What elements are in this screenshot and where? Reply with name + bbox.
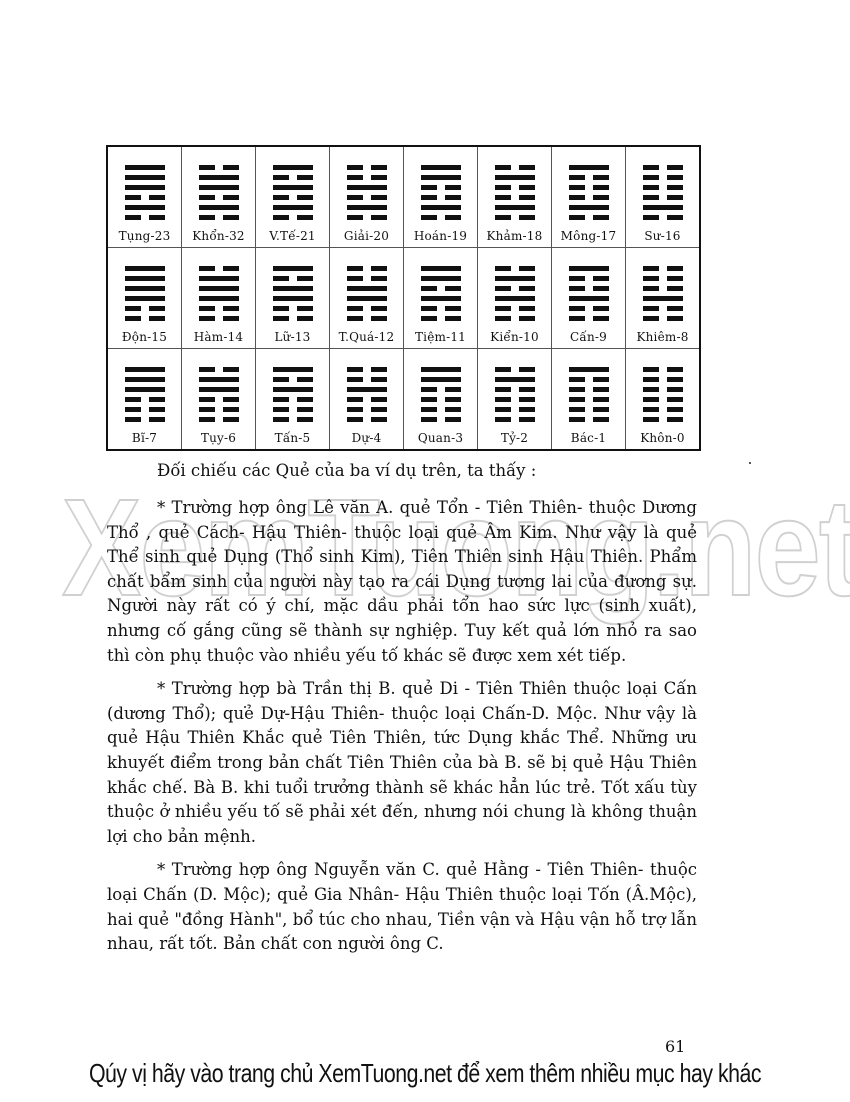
speck xyxy=(244,706,246,708)
broken-line-icon xyxy=(643,397,683,402)
broken-line-icon xyxy=(421,417,461,422)
book-page: XemTuong.net Tụng-23Khổn-32V.Tế-21Giải-2… xyxy=(0,0,850,1102)
broken-line-icon xyxy=(643,195,683,200)
hexagram-cell-inner: Tỷ-2 xyxy=(478,349,551,449)
broken-line-icon xyxy=(643,306,683,311)
solid-line-icon xyxy=(125,205,165,210)
solid-line-icon xyxy=(199,175,239,180)
hexagram-label: Quan-3 xyxy=(404,431,477,445)
hexagram-cell-inner: Sư-16 xyxy=(626,147,699,247)
broken-line-icon xyxy=(125,306,165,311)
hexagram-cell-inner: Tiệm-11 xyxy=(404,248,477,348)
broken-line-icon xyxy=(347,417,387,422)
hexagram-label: Hoán-19 xyxy=(404,229,477,243)
broken-line-icon xyxy=(495,165,535,170)
hexagram-cell: Lữ-13 xyxy=(256,248,330,349)
hexagram-icon xyxy=(125,367,165,422)
hexagram-icon xyxy=(569,266,609,321)
broken-line-icon xyxy=(569,417,609,422)
broken-line-icon xyxy=(495,306,535,311)
solid-line-icon xyxy=(273,185,313,190)
solid-line-icon xyxy=(495,205,535,210)
broken-line-icon xyxy=(347,397,387,402)
hexagram-icon xyxy=(643,266,683,321)
broken-line-icon xyxy=(273,306,313,311)
hexagram-cell-inner: Khảm-18 xyxy=(478,147,551,247)
hexagram-cell-inner: Hoán-19 xyxy=(404,147,477,247)
broken-line-icon xyxy=(495,397,535,402)
solid-line-icon xyxy=(125,367,165,372)
hexagram-cell-inner: Mông-17 xyxy=(552,147,625,247)
broken-line-icon xyxy=(199,195,239,200)
hexagram-cell: Độn-15 xyxy=(107,248,182,349)
solid-line-icon xyxy=(421,377,461,382)
broken-line-icon xyxy=(199,397,239,402)
solid-line-icon xyxy=(273,286,313,291)
broken-line-icon xyxy=(643,215,683,220)
broken-line-icon xyxy=(199,316,239,321)
broken-line-icon xyxy=(347,215,387,220)
solid-line-icon xyxy=(273,266,313,271)
hexagram-cell-inner: Bác-1 xyxy=(552,349,625,449)
broken-line-icon xyxy=(273,316,313,321)
broken-line-icon xyxy=(643,276,683,281)
hexagram-label: Khôn-0 xyxy=(626,431,699,445)
hexagram-label: T.Quá-12 xyxy=(330,330,403,344)
solid-line-icon xyxy=(643,296,683,301)
solid-line-icon xyxy=(125,377,165,382)
broken-line-icon xyxy=(421,195,461,200)
hexagram-row: Độn-15Hàm-14Lữ-13T.Quá-12Tiệm-11Kiển-10C… xyxy=(107,248,700,349)
broken-line-icon xyxy=(495,195,535,200)
broken-line-icon xyxy=(347,165,387,170)
hexagram-icon xyxy=(125,165,165,220)
broken-line-icon xyxy=(273,195,313,200)
solid-line-icon xyxy=(421,367,461,372)
hexagram-label: Lữ-13 xyxy=(256,330,329,344)
broken-line-icon xyxy=(347,367,387,372)
hexagram-cell: Mông-17 xyxy=(552,146,626,248)
broken-line-icon xyxy=(347,276,387,281)
speck xyxy=(749,462,751,464)
hexagram-label: Tụy-6 xyxy=(182,431,255,445)
hexagram-cell-inner: Khiêm-8 xyxy=(626,248,699,348)
solid-line-icon xyxy=(421,165,461,170)
broken-line-icon xyxy=(643,316,683,321)
broken-line-icon xyxy=(273,377,313,382)
hexagram-icon xyxy=(347,367,387,422)
hexagram-cell: Tụng-23 xyxy=(107,146,182,248)
broken-line-icon xyxy=(347,316,387,321)
broken-line-icon xyxy=(199,165,239,170)
broken-line-icon xyxy=(125,215,165,220)
intro-sentence: Đối chiếu các Quẻ của ba ví dụ trên, ta … xyxy=(157,461,536,480)
broken-line-icon xyxy=(347,175,387,180)
hexagram-cell-inner: Lữ-13 xyxy=(256,248,329,348)
hexagram-icon xyxy=(421,367,461,422)
hexagram-cell: Tấn-5 xyxy=(256,349,330,451)
broken-line-icon xyxy=(347,407,387,412)
broken-line-icon xyxy=(569,215,609,220)
broken-line-icon xyxy=(495,215,535,220)
hexagram-label: Sư-16 xyxy=(626,229,699,243)
hexagram-label: V.Tế-21 xyxy=(256,229,329,243)
hexagram-cell: Bác-1 xyxy=(552,349,626,451)
hexagram-icon xyxy=(125,266,165,321)
broken-line-icon xyxy=(421,316,461,321)
hexagram-cell-inner: V.Tế-21 xyxy=(256,147,329,247)
solid-line-icon xyxy=(125,165,165,170)
broken-line-icon xyxy=(421,215,461,220)
hexagram-cell: Khôn-0 xyxy=(626,349,701,451)
hexagram-icon xyxy=(569,165,609,220)
solid-line-icon xyxy=(421,175,461,180)
hexagram-icon xyxy=(495,266,535,321)
broken-line-icon xyxy=(643,266,683,271)
solid-line-icon xyxy=(569,367,609,372)
solid-line-icon xyxy=(199,205,239,210)
broken-line-icon xyxy=(495,266,535,271)
hexagram-icon xyxy=(273,266,313,321)
hexagram-cell-inner: Khổn-32 xyxy=(182,147,255,247)
hexagram-icon xyxy=(273,165,313,220)
paragraph-case-a: * Trường hợp ông Lê văn A. quẻ Tổn - Tiê… xyxy=(107,496,697,668)
solid-line-icon xyxy=(125,387,165,392)
solid-line-icon xyxy=(347,205,387,210)
solid-line-icon xyxy=(495,276,535,281)
broken-line-icon xyxy=(569,175,609,180)
broken-line-icon xyxy=(569,407,609,412)
broken-line-icon xyxy=(643,175,683,180)
footer-link-note[interactable]: Qúy vị hãy vào trang chủ XemTuong.net để… xyxy=(77,1058,774,1089)
solid-line-icon xyxy=(495,175,535,180)
hexagram-icon xyxy=(495,165,535,220)
broken-line-icon xyxy=(421,286,461,291)
hexagram-icon xyxy=(643,367,683,422)
hexagram-label: Kiển-10 xyxy=(478,330,551,344)
hexagram-label: Khiêm-8 xyxy=(626,330,699,344)
broken-line-icon xyxy=(421,306,461,311)
broken-line-icon xyxy=(199,306,239,311)
broken-line-icon xyxy=(643,185,683,190)
broken-line-icon xyxy=(495,367,535,372)
hexagram-cell-inner: Tấn-5 xyxy=(256,349,329,449)
hexagram-icon xyxy=(421,165,461,220)
hexagram-icon xyxy=(199,165,239,220)
broken-line-icon xyxy=(421,397,461,402)
hexagram-icon xyxy=(495,367,535,422)
solid-line-icon xyxy=(125,185,165,190)
solid-line-icon xyxy=(125,276,165,281)
hexagram-cell-inner: Khôn-0 xyxy=(626,349,699,449)
hexagram-cell-inner: Bĩ-7 xyxy=(108,349,181,449)
solid-line-icon xyxy=(199,296,239,301)
hexagram-cell: Hoán-19 xyxy=(404,146,478,248)
broken-line-icon xyxy=(495,417,535,422)
broken-line-icon xyxy=(643,165,683,170)
hexagram-label: Độn-15 xyxy=(108,330,181,344)
hexagram-label: Cấn-9 xyxy=(552,330,625,344)
broken-line-icon xyxy=(495,316,535,321)
page-number: 61 xyxy=(665,1037,685,1056)
hexagram-label: Mông-17 xyxy=(552,229,625,243)
hexagram-label: Khảm-18 xyxy=(478,229,551,243)
hexagram-label: Khổn-32 xyxy=(182,229,255,243)
solid-line-icon xyxy=(569,205,609,210)
hexagram-row: Tụng-23Khổn-32V.Tế-21Giải-20Hoán-19Khảm-… xyxy=(107,146,700,248)
hexagram-cell-inner: Dự-4 xyxy=(330,349,403,449)
hexagram-row: Bĩ-7Tụy-6Tấn-5Dự-4Quan-3Tỷ-2Bác-1Khôn-0 xyxy=(107,349,700,451)
broken-line-icon xyxy=(643,377,683,382)
broken-line-icon xyxy=(569,195,609,200)
broken-line-icon xyxy=(495,387,535,392)
solid-line-icon xyxy=(347,185,387,190)
hexagram-label: Hàm-14 xyxy=(182,330,255,344)
hexagram-cell: Bĩ-7 xyxy=(107,349,182,451)
hexagram-cell-inner: Cấn-9 xyxy=(552,248,625,348)
hexagram-icon xyxy=(347,266,387,321)
broken-line-icon xyxy=(643,286,683,291)
hexagram-label: Tiệm-11 xyxy=(404,330,477,344)
solid-line-icon xyxy=(273,296,313,301)
solid-line-icon xyxy=(347,387,387,392)
solid-line-icon xyxy=(199,185,239,190)
hexagram-cell: Tiệm-11 xyxy=(404,248,478,349)
broken-line-icon xyxy=(643,407,683,412)
body-text: * Trường hợp ông Lê văn A. quẻ Tổn - Tiê… xyxy=(107,496,697,966)
broken-line-icon xyxy=(273,407,313,412)
hexagram-cell-inner: Tụng-23 xyxy=(108,147,181,247)
hexagram-label: Tỷ-2 xyxy=(478,431,551,445)
broken-line-icon xyxy=(569,377,609,382)
solid-line-icon xyxy=(125,175,165,180)
hexagram-label: Dự-4 xyxy=(330,431,403,445)
broken-line-icon xyxy=(199,367,239,372)
hexagram-icon xyxy=(643,165,683,220)
broken-line-icon xyxy=(273,397,313,402)
hexagram-label: Giải-20 xyxy=(330,229,403,243)
solid-line-icon xyxy=(125,296,165,301)
hexagram-label: Tụng-23 xyxy=(108,229,181,243)
broken-line-icon xyxy=(569,387,609,392)
broken-line-icon xyxy=(125,195,165,200)
solid-line-icon xyxy=(273,387,313,392)
hexagram-cell: Cấn-9 xyxy=(552,248,626,349)
hexagram-cell: Khiêm-8 xyxy=(626,248,701,349)
hexagram-cell: T.Quá-12 xyxy=(330,248,404,349)
hexagram-cell-inner: Quan-3 xyxy=(404,349,477,449)
broken-line-icon xyxy=(125,407,165,412)
broken-line-icon xyxy=(421,185,461,190)
hexagram-label: Bác-1 xyxy=(552,431,625,445)
hexagram-icon xyxy=(273,367,313,422)
hexagram-icon xyxy=(199,266,239,321)
hexagram-cell: Quan-3 xyxy=(404,349,478,451)
hexagram-cell-inner: Tụy-6 xyxy=(182,349,255,449)
hexagram-icon xyxy=(421,266,461,321)
solid-line-icon xyxy=(347,286,387,291)
hexagram-cell: V.Tế-21 xyxy=(256,146,330,248)
solid-line-icon xyxy=(495,296,535,301)
hexagram-cell: Khổn-32 xyxy=(182,146,256,248)
broken-line-icon xyxy=(273,215,313,220)
hexagram-cell-inner: Độn-15 xyxy=(108,248,181,348)
broken-line-icon xyxy=(569,185,609,190)
solid-line-icon xyxy=(125,266,165,271)
hexagram-cell: Tỷ-2 xyxy=(478,349,552,451)
hexagram-cell: Sư-16 xyxy=(626,146,701,248)
hexagram-icon xyxy=(569,367,609,422)
hexagram-cell: Dự-4 xyxy=(330,349,404,451)
solid-line-icon xyxy=(199,286,239,291)
broken-line-icon xyxy=(273,175,313,180)
broken-line-icon xyxy=(347,306,387,311)
hexagram-icon xyxy=(347,165,387,220)
hexagram-cell: Hàm-14 xyxy=(182,248,256,349)
broken-line-icon xyxy=(199,266,239,271)
broken-line-icon xyxy=(643,387,683,392)
hexagram-cell: Khảm-18 xyxy=(478,146,552,248)
broken-line-icon xyxy=(569,276,609,281)
hexagram-cell-inner: Kiển-10 xyxy=(478,248,551,348)
solid-line-icon xyxy=(421,276,461,281)
solid-line-icon xyxy=(199,377,239,382)
broken-line-icon xyxy=(569,397,609,402)
broken-line-icon xyxy=(421,387,461,392)
solid-line-icon xyxy=(347,296,387,301)
solid-line-icon xyxy=(495,377,535,382)
solid-line-icon xyxy=(569,296,609,301)
broken-line-icon xyxy=(125,316,165,321)
solid-line-icon xyxy=(199,276,239,281)
hexagram-cell: Tụy-6 xyxy=(182,349,256,451)
hexagram-cell-inner: T.Quá-12 xyxy=(330,248,403,348)
broken-line-icon xyxy=(125,397,165,402)
hexagram-label: Tấn-5 xyxy=(256,431,329,445)
solid-line-icon xyxy=(273,367,313,372)
broken-line-icon xyxy=(199,417,239,422)
hexagram-cell: Giải-20 xyxy=(330,146,404,248)
hexagram-cell-inner: Hàm-14 xyxy=(182,248,255,348)
broken-line-icon xyxy=(569,306,609,311)
broken-line-icon xyxy=(495,407,535,412)
solid-line-icon xyxy=(421,296,461,301)
broken-line-icon xyxy=(495,185,535,190)
solid-line-icon xyxy=(569,165,609,170)
solid-line-icon xyxy=(273,205,313,210)
hexagram-label: Bĩ-7 xyxy=(108,431,181,445)
broken-line-icon xyxy=(643,417,683,422)
broken-line-icon xyxy=(347,266,387,271)
hexagram-icon xyxy=(199,367,239,422)
paragraph-case-c: * Trường hợp ông Nguyễn văn C. quẻ Hằng … xyxy=(107,858,697,956)
solid-line-icon xyxy=(421,205,461,210)
solid-line-icon xyxy=(273,165,313,170)
paragraph-case-b: * Trường hợp bà Trần thị B. quẻ Di - Tiê… xyxy=(107,677,697,849)
broken-line-icon xyxy=(347,377,387,382)
solid-line-icon xyxy=(421,266,461,271)
broken-line-icon xyxy=(125,417,165,422)
hexagram-table: Tụng-23Khổn-32V.Tế-21Giải-20Hoán-19Khảm-… xyxy=(106,145,701,451)
hexagram-cell-inner: Giải-20 xyxy=(330,147,403,247)
broken-line-icon xyxy=(199,215,239,220)
broken-line-icon xyxy=(273,276,313,281)
solid-line-icon xyxy=(569,266,609,271)
solid-line-icon xyxy=(199,387,239,392)
broken-line-icon xyxy=(569,286,609,291)
broken-line-icon xyxy=(495,286,535,291)
solid-line-icon xyxy=(125,286,165,291)
hexagram-cell: Kiển-10 xyxy=(478,248,552,349)
broken-line-icon xyxy=(273,417,313,422)
broken-line-icon xyxy=(421,407,461,412)
broken-line-icon xyxy=(347,195,387,200)
broken-line-icon xyxy=(643,367,683,372)
solid-line-icon xyxy=(643,205,683,210)
broken-line-icon xyxy=(199,407,239,412)
broken-line-icon xyxy=(569,316,609,321)
